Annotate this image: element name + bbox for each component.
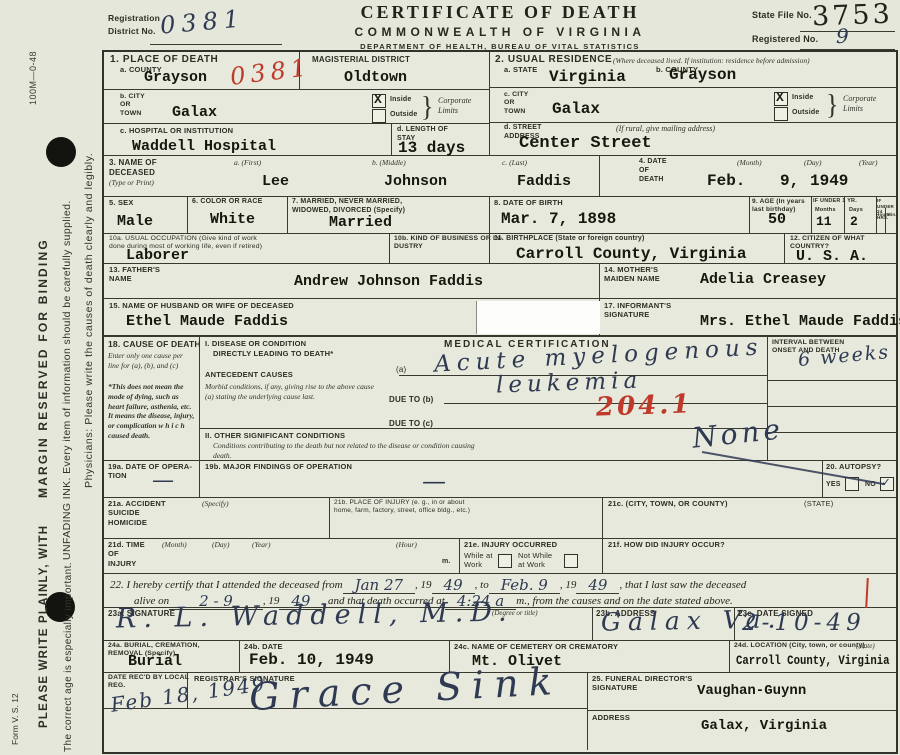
s4-year-label: (Year)	[859, 158, 877, 168]
whiteout-patch	[476, 301, 600, 334]
s15-value: Ethel Maude Faddis	[126, 313, 288, 330]
divider	[602, 497, 603, 573]
s21d-m: m.	[442, 558, 451, 567]
s11-value: Carroll County, Virginia	[516, 245, 746, 263]
state-file-label: State File No.	[752, 10, 812, 21]
red-check-mark	[865, 578, 869, 608]
s12-value: U. S. A.	[796, 248, 868, 265]
s21f-label: 21f. HOW DID INJURY OCCUR?	[608, 540, 725, 549]
s21d-year: (Year)	[252, 540, 270, 550]
s3-title: 3. NAME OF DECEASED	[109, 158, 157, 178]
s1-inside-mark: X	[374, 92, 382, 107]
divider	[391, 123, 392, 155]
s19a-dash: —	[152, 470, 174, 492]
s7-value: Married	[329, 214, 392, 231]
rule	[104, 196, 896, 197]
s9-under1-label: IF UNDER 1 YR.	[813, 198, 875, 205]
rule	[199, 428, 767, 429]
med-antecedent-label: ANTECEDENT CAUSES	[205, 370, 293, 379]
s1-stay-value: 13 days	[398, 139, 465, 157]
s9-age-value: 50	[768, 211, 786, 228]
divider	[749, 196, 750, 233]
icd-code-stamp: 204.1	[596, 391, 693, 420]
rule	[767, 432, 896, 433]
s21d-month: (Month)	[162, 540, 187, 550]
certify-text: , 19	[415, 579, 432, 591]
s2-inside-label: Inside	[792, 94, 813, 103]
divider	[489, 52, 490, 155]
certificate-title-block: CERTIFICATE OF DEATH COMMONWEALTH OF VIR…	[300, 0, 700, 51]
certify-text: 22. I hereby certify that I attended the…	[110, 579, 343, 591]
s9-months-value: 11	[816, 214, 832, 229]
registered-no-handwritten: 9	[836, 26, 849, 46]
s21c-state-label: (STATE)	[804, 499, 833, 508]
med-part1-line1: I. DISEASE OR CONDITION	[205, 339, 306, 348]
registration-label-line2: District No.	[108, 26, 156, 37]
s24d-value: Carroll County, Virginia	[736, 653, 890, 668]
s1-inside-checkbox: X	[372, 94, 386, 108]
punch-hole-top	[46, 137, 76, 167]
divider	[187, 196, 188, 233]
s21e-notwhile-checkbox	[564, 554, 578, 568]
s1-hospital-value: Waddell Hospital	[132, 138, 276, 155]
med-part1-line2: DIRECTLY LEADING TO DEATH*	[213, 349, 333, 358]
s3-middle-value: Johnson	[384, 173, 447, 190]
s2-inside-mark: X	[776, 90, 784, 105]
registration-label-line1: Registration	[108, 13, 160, 24]
divider	[599, 155, 600, 196]
rule	[587, 710, 896, 711]
s10a-value: Laborer	[126, 247, 189, 264]
s18-note2: *This does not mean the mode of dying, s…	[108, 382, 196, 441]
divider	[329, 497, 330, 538]
s2-outside-checkbox	[774, 107, 788, 121]
state-file-number-stamp: 3753	[811, 0, 893, 32]
physician-signature-handwritten: R. L. Waddell, M.D.	[116, 599, 514, 633]
divider	[822, 460, 823, 497]
med-due-c-label: DUE TO (c)	[389, 419, 433, 429]
s9-months-label: Months	[815, 207, 836, 214]
divider	[199, 335, 200, 497]
rule	[489, 122, 896, 123]
s10b-label: 10b. KIND OF BUSINESS OR IN- DUSTRY	[394, 235, 503, 252]
s3-first-value: Lee	[262, 173, 289, 190]
med-part2-note: Conditions contributing to the death but…	[213, 441, 483, 461]
death-certificate-scan: 100M—0-48 MARGIN RESERVED FOR BINDING PL…	[0, 0, 900, 755]
s1-district-value: Oldtown	[344, 69, 407, 86]
margin-correct-age-text: The correct age is especially important.	[63, 562, 74, 752]
rule	[104, 233, 896, 234]
s4-month-label: (Month)	[737, 158, 762, 168]
s21c-label: 21c. (CITY, TOWN, OR COUNTY)	[608, 499, 728, 508]
divider	[784, 233, 785, 263]
margin-plainly-text: PLEASE WRITE PLAINLY, WITH	[38, 525, 50, 728]
s4-day-value: 9,	[780, 172, 799, 190]
s7-label: 7. MARRIED, NEVER MARRIED, WIDOWED, DIVO…	[292, 198, 405, 216]
s2-title-note: (Where deceased lived. If institution: r…	[613, 56, 810, 66]
s21d-label: 21d. TIME OF INJURY	[108, 540, 145, 568]
s24b-label: 24b. DATE	[244, 642, 283, 651]
s5-label: 5. SEX	[109, 198, 134, 207]
s20-yes-label: YES	[826, 481, 841, 490]
s3-last-value: Faddis	[517, 173, 571, 190]
certificate-form: 1. PLACE OF DEATH a. COUNTY Grayson 0381…	[102, 50, 898, 754]
s4-title: 4. DATE OF DEATH	[639, 158, 667, 184]
s3-first-label: a. (First)	[234, 158, 261, 168]
rule	[104, 298, 896, 299]
s18-title: 18. CAUSE OF DEATH	[108, 339, 201, 350]
s2-corporate-label: Corporate Limits	[843, 94, 876, 115]
certify-text: , 19	[560, 579, 577, 591]
s2-state-label: a. STATE	[504, 65, 537, 74]
s2-city-label: c. CITY OR TOWN	[504, 91, 528, 116]
registration-underline	[150, 44, 282, 45]
med-part2-title: II. OTHER SIGNIFICANT CONDITIONS	[205, 431, 345, 440]
s4-year-value: 1949	[810, 172, 848, 190]
s21e-while-checkbox	[498, 554, 512, 568]
s8-value: Mar. 7, 1898	[501, 210, 616, 228]
margin-form-number: Form V. S. 12	[10, 693, 20, 745]
s21e-notwhile-label: Not While at Work	[518, 551, 552, 570]
certify-text: , that I last saw the deceased	[619, 579, 746, 591]
s24c-label: 24c. NAME OF CEMETERY OR CREMATORY	[454, 642, 618, 651]
s2-outside-label: Outside	[792, 109, 819, 118]
rule	[104, 573, 896, 574]
certificate-title: CERTIFICATE OF DEATH	[300, 2, 700, 23]
divider	[729, 640, 730, 672]
s1-city-value: Galax	[172, 104, 217, 121]
s21e-while-label: While at Work	[464, 551, 493, 570]
s6-value: White	[210, 211, 255, 228]
commonwealth-subtitle: COMMONWEALTH OF VIRGINIA	[300, 25, 700, 39]
s24d-label: 24d. LOCATION (City, town, or county)	[734, 642, 865, 650]
s1-corporate-brace: }	[421, 91, 433, 124]
s1-inside-label: Inside	[390, 96, 411, 105]
s13-label: 13. FATHER'S NAME	[109, 265, 160, 284]
s1-city-label: b. CITY OR TOWN	[120, 93, 145, 118]
s17-label: 17. INFORMANT'S SIGNATURE	[604, 301, 671, 320]
s25-value: Vaughan-Guynn	[697, 683, 806, 699]
s8-label: 8. DATE OF BIRTH	[494, 198, 563, 207]
s6-label: 6. COLOR OR RACE	[192, 198, 262, 207]
rule	[104, 640, 896, 641]
s3-title-note: (Type or Print)	[109, 178, 154, 188]
s1-corporate-label: Corporate Limits	[438, 96, 471, 117]
s2-street-value: Center Street	[519, 134, 652, 153]
s19b-label: 19b. MAJOR FINDINGS OF OPERATION	[205, 462, 352, 471]
s5-value: Male	[117, 213, 153, 230]
divider	[389, 233, 390, 263]
s21b-label: 21b. PLACE OF INJURY (e. g., in or about…	[334, 499, 470, 515]
s2-street-note: (If rural, give mailing address)	[616, 124, 715, 134]
s14-label: 14. MOTHER'S MAIDEN NAME	[604, 265, 660, 284]
s11-label: 11. BIRTHPLACE (State or foreign country…	[494, 235, 645, 244]
s3-last-label: c. (Last)	[502, 158, 527, 168]
registered-no-label: Registered No.	[752, 34, 818, 45]
certify-statement-line1: 22. I hereby certify that I attended the…	[110, 576, 746, 592]
s9-days-value: 2	[850, 214, 858, 229]
rule	[104, 497, 896, 498]
s21e-label: 21e. INJURY OCCURRED	[464, 540, 557, 549]
rule	[104, 538, 896, 539]
s4-month-value: Feb.	[707, 172, 745, 190]
med-a-label: (a)	[396, 365, 406, 375]
s18-note1: Enter only one cause per line for (a), (…	[108, 351, 196, 371]
divider	[592, 607, 593, 640]
interval-handwritten: 6 weeks	[797, 343, 890, 370]
s25-address-value: Galax, Virginia	[701, 718, 827, 734]
s1-magisterial-label: MAGISTERIAL DISTRICT	[312, 55, 410, 65]
med-due-b-label: DUE TO (b)	[389, 395, 434, 405]
s14-value: Adelia Creasey	[700, 271, 826, 288]
s19b-dash: —	[422, 469, 446, 493]
s25-label: 25. FUNERAL DIRECTOR'S SIGNATURE	[592, 674, 693, 693]
s15-label: 15. NAME OF HUSBAND OR WIFE OF DECEASED	[109, 301, 294, 310]
s21d-day: (Day)	[212, 540, 230, 550]
certify-text: , to	[475, 579, 489, 591]
s2-city-value: Galax	[552, 100, 600, 118]
s9-days-label: Days	[849, 207, 863, 214]
s25-address-label: ADDRESS	[592, 713, 630, 722]
rule	[104, 263, 896, 264]
other-conditions-handwritten: None	[691, 415, 785, 452]
s2-inside-checkbox: X	[774, 92, 788, 106]
registration-number-handwritten: 0381	[159, 6, 246, 37]
s9-min-label: Min.	[887, 212, 897, 218]
s24d-state-label: (State)	[856, 642, 875, 651]
s1-hospital-label: c. HOSPITAL OR INSTITUTION	[120, 126, 233, 135]
margin-physicians-text: Physicians: Please write the causes of d…	[83, 153, 95, 488]
s3-middle-label: b. (Middle)	[372, 158, 406, 168]
s2-state-value: Virginia	[549, 68, 626, 86]
s2-county-value: Grayson	[669, 66, 736, 84]
margin-binding-text: MARGIN RESERVED FOR BINDING	[36, 238, 50, 498]
s1-outside-checkbox	[372, 109, 386, 123]
s21a-label: 21a. ACCIDENT SUICIDE HOMICIDE	[108, 499, 166, 527]
rule	[767, 406, 896, 407]
divider	[239, 640, 240, 672]
rule	[104, 155, 896, 156]
s1-county-value: Grayson	[144, 69, 207, 86]
s24b-value: Feb. 10, 1949	[249, 651, 374, 669]
divider	[489, 196, 490, 263]
date-signed-handwritten: 2-10-49	[742, 612, 866, 635]
s20-label: 20. AUTOPSY?	[826, 462, 881, 471]
divider	[459, 538, 460, 573]
s24a-value: Burial	[128, 653, 182, 670]
rule-heavy	[104, 335, 896, 337]
s19a-label: 19a. DATE OF OPERA- TION	[108, 462, 192, 481]
s21d-hour: (Hour)	[396, 540, 417, 550]
rule	[767, 380, 896, 381]
divider	[287, 196, 288, 233]
margin-unfading-text: UNFADING INK. Every item of information …	[61, 200, 73, 560]
s17-value: Mrs. Ethel Maude Faddis	[700, 313, 900, 330]
divider	[587, 672, 588, 750]
med-morbid-note: Morbid conditions, if any, giving rise t…	[205, 382, 383, 402]
s13-value: Andrew Johnson Faddis	[294, 273, 483, 290]
s21a-specify: (Specify)	[202, 499, 229, 509]
divider	[811, 196, 812, 233]
s2-corporate-brace: }	[826, 89, 838, 122]
s1-outside-label: Outside	[390, 111, 417, 120]
s4-day-label: (Day)	[804, 158, 822, 168]
margin-print-code: 100M—0-48	[28, 51, 38, 105]
